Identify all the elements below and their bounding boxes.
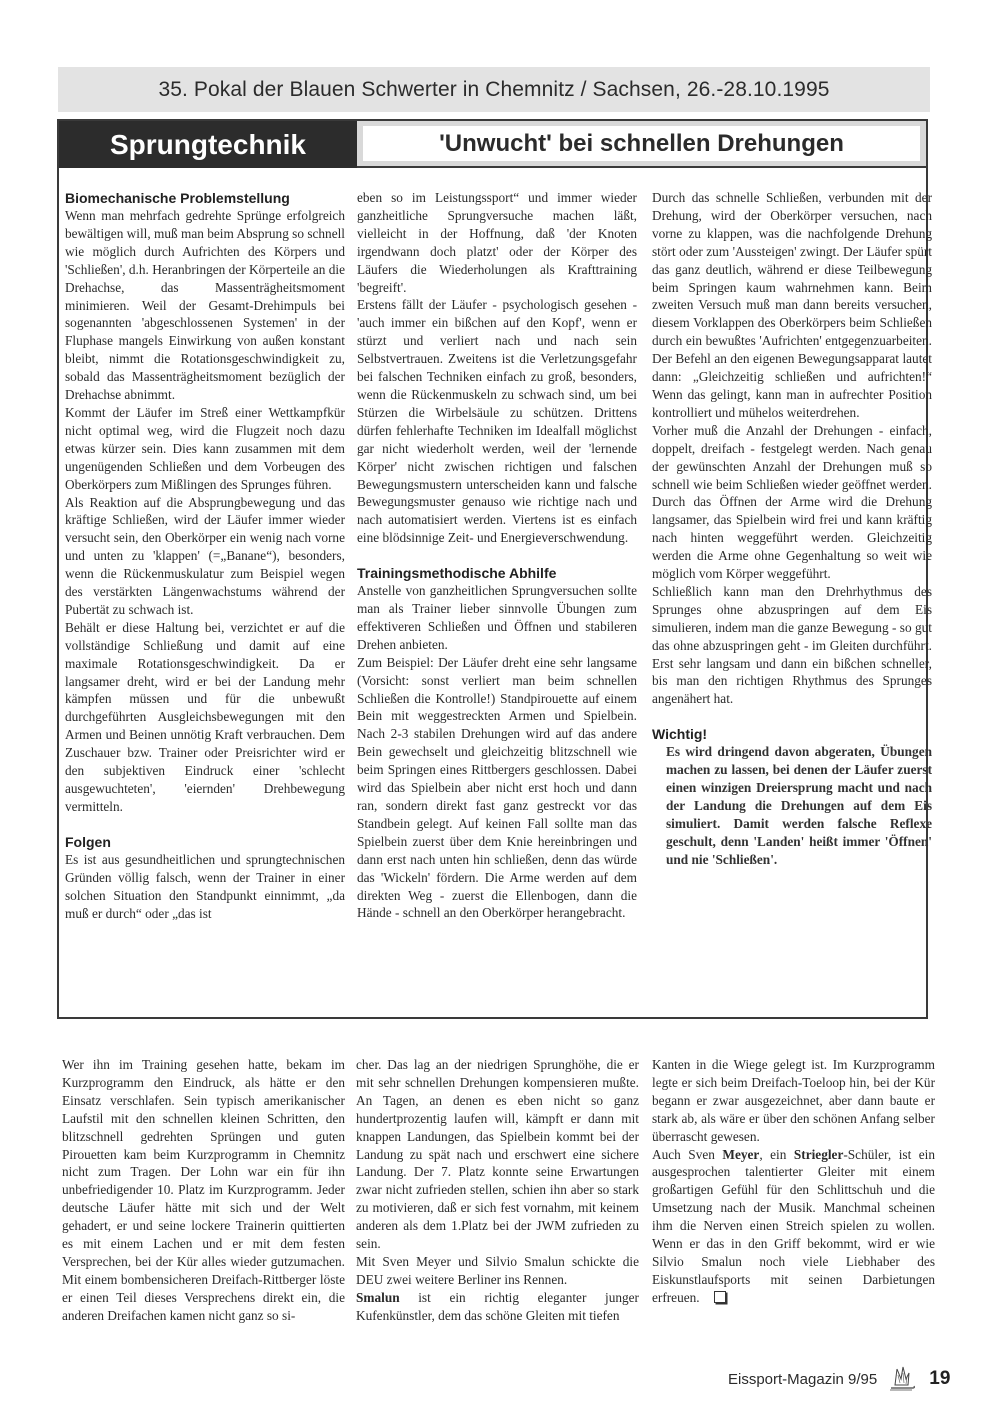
subheading: Trainingsmethodische Abhilfe	[357, 564, 637, 582]
paragraph: Behält er diese Haltung bei, verzichtet …	[65, 619, 345, 816]
paragraph: Wer ihn im Training gesehen hatte, bekam…	[62, 1056, 345, 1325]
section-label: Sprungtechnik	[59, 121, 357, 168]
magazine-issue: Eissport-Magazin 9/95	[728, 1371, 877, 1388]
report-column-2: cher. Das lag an der niedrigen Sprunghöh…	[356, 1056, 639, 1325]
paragraph: Es ist aus gesundheitlichen und sprungte…	[65, 851, 345, 923]
article-column-3: Durch das schnelle Schließen, verbunden …	[652, 189, 932, 869]
event-title: 35. Pokal der Blauen Schwerter in Chemni…	[158, 78, 829, 102]
paragraph: Anstelle von ganzheitlichen Sprungversuc…	[357, 582, 637, 654]
paragraph: Kommt der Läufer im Streß einer Wettkamp…	[65, 404, 345, 494]
article-box: Sprungtechnik 'Unwucht' bei schnellen Dr…	[57, 119, 928, 1019]
report-column-1: Wer ihn im Training gesehen hatte, bekam…	[62, 1056, 345, 1325]
skater-name: Meyer	[722, 1147, 759, 1162]
paragraph: Zum Beispiel: Der Läufer dreht eine sehr…	[357, 654, 637, 923]
page-number: 19	[929, 1368, 950, 1390]
section-title: Sprungtechnik	[110, 129, 306, 161]
event-banner: 35. Pokal der Blauen Schwerter in Chemni…	[58, 67, 930, 112]
skater-name: Smalun	[356, 1290, 400, 1305]
paragraph: Durch das schnelle Schließen, verbunden …	[652, 189, 932, 422]
paragraph: Schließlich kann man den Drehrhythmus de…	[652, 583, 932, 708]
warning-text: Es wird dringend davon abgeraten, Übunge…	[652, 743, 932, 868]
page-footer: Eissport-Magazin 9/95 19	[728, 1365, 950, 1393]
report-column-3: Kanten in die Wiege gelegt ist. Im Kurzp…	[652, 1056, 935, 1307]
end-of-article-icon	[714, 1291, 726, 1303]
article-column-2: eben so im Leistungssport“ und immer wie…	[357, 189, 637, 922]
coach-name: Striegler	[794, 1147, 843, 1162]
subheading: Biomechanische Problemstellung	[65, 189, 345, 207]
article-header: Sprungtechnik 'Unwucht' bei schnellen Dr…	[59, 121, 926, 168]
paragraph: Als Reaktion auf die Absprungbewegung un…	[65, 494, 345, 619]
paragraph: Wenn man mehrfach gedrehte Sprünge erfol…	[65, 207, 345, 404]
paragraph: eben so im Leistungssport“ und immer wie…	[357, 189, 637, 296]
paragraph: Auch Sven Meyer, ein Striegler-Schüler, …	[652, 1146, 935, 1307]
paragraph: cher. Das lag an der niedrigen Sprunghöh…	[356, 1056, 639, 1253]
paragraph: Mit Sven Meyer und Silvio Smalun schickt…	[356, 1253, 639, 1289]
paragraph: Vorher muß die Anzahl der Drehungen - ei…	[652, 422, 932, 583]
paragraph: Kanten in die Wiege gelegt ist. Im Kurzp…	[652, 1056, 935, 1146]
article-headline: 'Unwucht' bei schnellen Drehungen	[439, 130, 844, 158]
warning-heading: Wichtig!	[652, 725, 932, 743]
article-column-1: Biomechanische Problemstellung Wenn man …	[65, 189, 345, 922]
paragraph: Smalun ist ein richtig eleganter junger …	[356, 1289, 639, 1325]
skate-wing-logo-icon	[887, 1365, 917, 1393]
headline-frame: 'Unwucht' bei schnellen Drehungen	[357, 121, 926, 168]
paragraph: Erstens fällt der Läufer - psychologisch…	[357, 296, 637, 547]
subheading: Folgen	[65, 833, 345, 851]
